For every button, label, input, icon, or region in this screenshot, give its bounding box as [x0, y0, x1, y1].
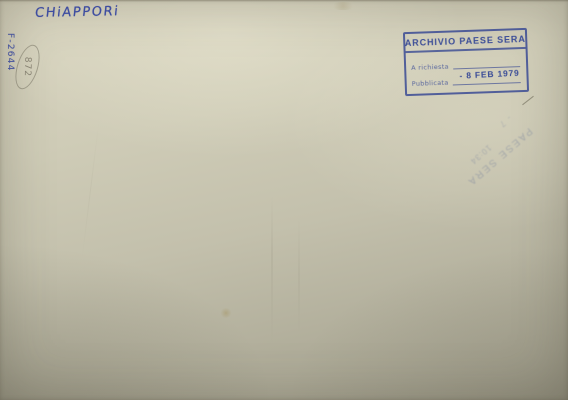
- photo-verso: { "meta": { "description": "Verso of an …: [0, 0, 568, 400]
- paper-crease: [81, 120, 99, 259]
- archive-stamp-box: ARCHIVIO PAESE SERA A richiesta Pubblica…: [403, 28, 529, 96]
- handwritten-inventory-code: F-2644: [5, 33, 15, 72]
- ghost-ink-transfer-stamp: PAESE SERA 10:34 - 7: [440, 105, 568, 200]
- ghost-stamp-time: 10:34: [468, 143, 493, 166]
- paper-crease: [271, 195, 273, 345]
- handwritten-name: CHiAPPORi: [34, 4, 120, 21]
- paper-stain: [330, 2, 356, 10]
- paper-stain: [220, 308, 232, 318]
- pencil-circled-number: 872: [11, 42, 45, 92]
- paper-scratch: [522, 96, 534, 105]
- stamp-blank-line: [453, 82, 521, 85]
- paper-verso: CHiAPPORi F-2644 872 ARCHIVIO PAESE SERA…: [0, 0, 568, 400]
- stamp-date: - 8 FEB 1979: [459, 68, 520, 81]
- pencil-number-text: 872: [22, 57, 32, 77]
- paper-crease: [298, 215, 300, 335]
- ghost-stamp-text: PAESE SERA: [465, 125, 535, 188]
- stamp-line-pubblicata: Pubblicata - 8 FEB 1979: [411, 72, 520, 88]
- archive-stamp-title: ARCHIVIO PAESE SERA: [405, 30, 526, 53]
- stamp-label-pubblicata: Pubblicata: [412, 79, 449, 88]
- stamp-label-richiesta: A richiesta: [411, 63, 449, 72]
- ghost-stamp-number: - 7: [497, 114, 513, 130]
